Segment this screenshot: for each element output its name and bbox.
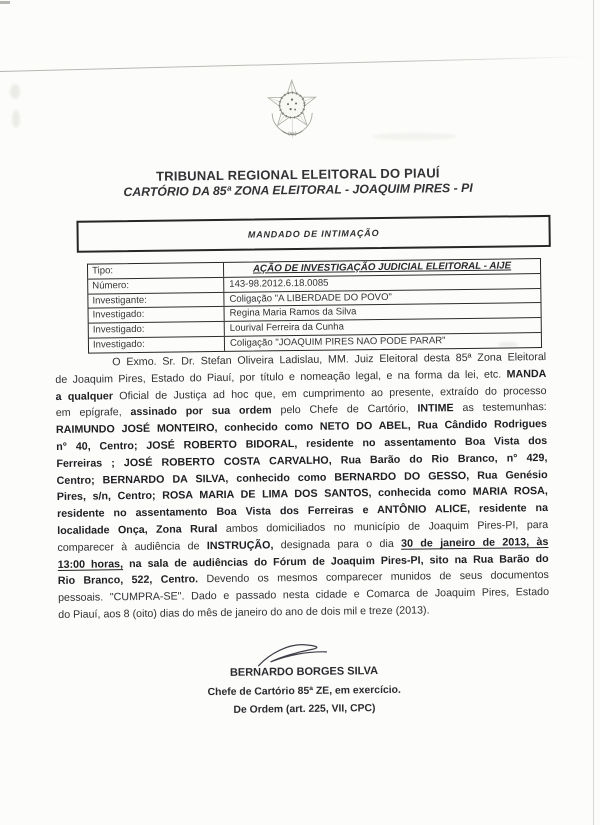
document-title-box: MANDADO DE INTIMAÇÃO xyxy=(76,215,550,253)
row-label: Investigado: xyxy=(89,337,225,352)
row-label: Investigante: xyxy=(88,293,224,308)
case-table-body: Tipo:AÇÃO DE INVESTIGAÇÃO JUDICIAL ELEIT… xyxy=(88,259,541,352)
row-value: Coligação "JOAQUIM PIRES NAO PODE PARAR" xyxy=(225,333,541,351)
row-label: Número: xyxy=(88,278,224,293)
signature-legal-basis: De Ordem (art. 225, VII, CPC) xyxy=(154,702,454,717)
document-sheet: (es) TRIBUNAL REGIONAL ELEITORAL DO PIAU… xyxy=(0,0,600,825)
coat-of-arms-seal-icon: (es) xyxy=(261,79,324,144)
row-label: Investigado: xyxy=(89,322,225,337)
row-label: Tipo: xyxy=(88,263,224,278)
scanned-document-page: (es) TRIBUNAL REGIONAL ELEITORAL DO PIAU… xyxy=(0,0,600,825)
svg-text:(es): (es) xyxy=(288,131,297,137)
row-label: Investigado: xyxy=(89,307,225,322)
signature-block: BERNARDO BORGES SILVA Chefe de Cartório … xyxy=(154,664,455,717)
body-paragraph: O Exmo. Sr. Dr. Stefan Oliveira Ladislau… xyxy=(55,349,549,624)
signer-title: Chefe de Cartório 85ª ZE, em exercício. xyxy=(154,684,454,699)
document-title: MANDADO DE INTIMAÇÃO xyxy=(248,228,380,240)
case-table: Tipo:AÇÃO DE INVESTIGAÇÃO JUDICIAL ELEIT… xyxy=(87,258,542,353)
signer-name: BERNARDO BORGES SILVA xyxy=(154,664,454,680)
